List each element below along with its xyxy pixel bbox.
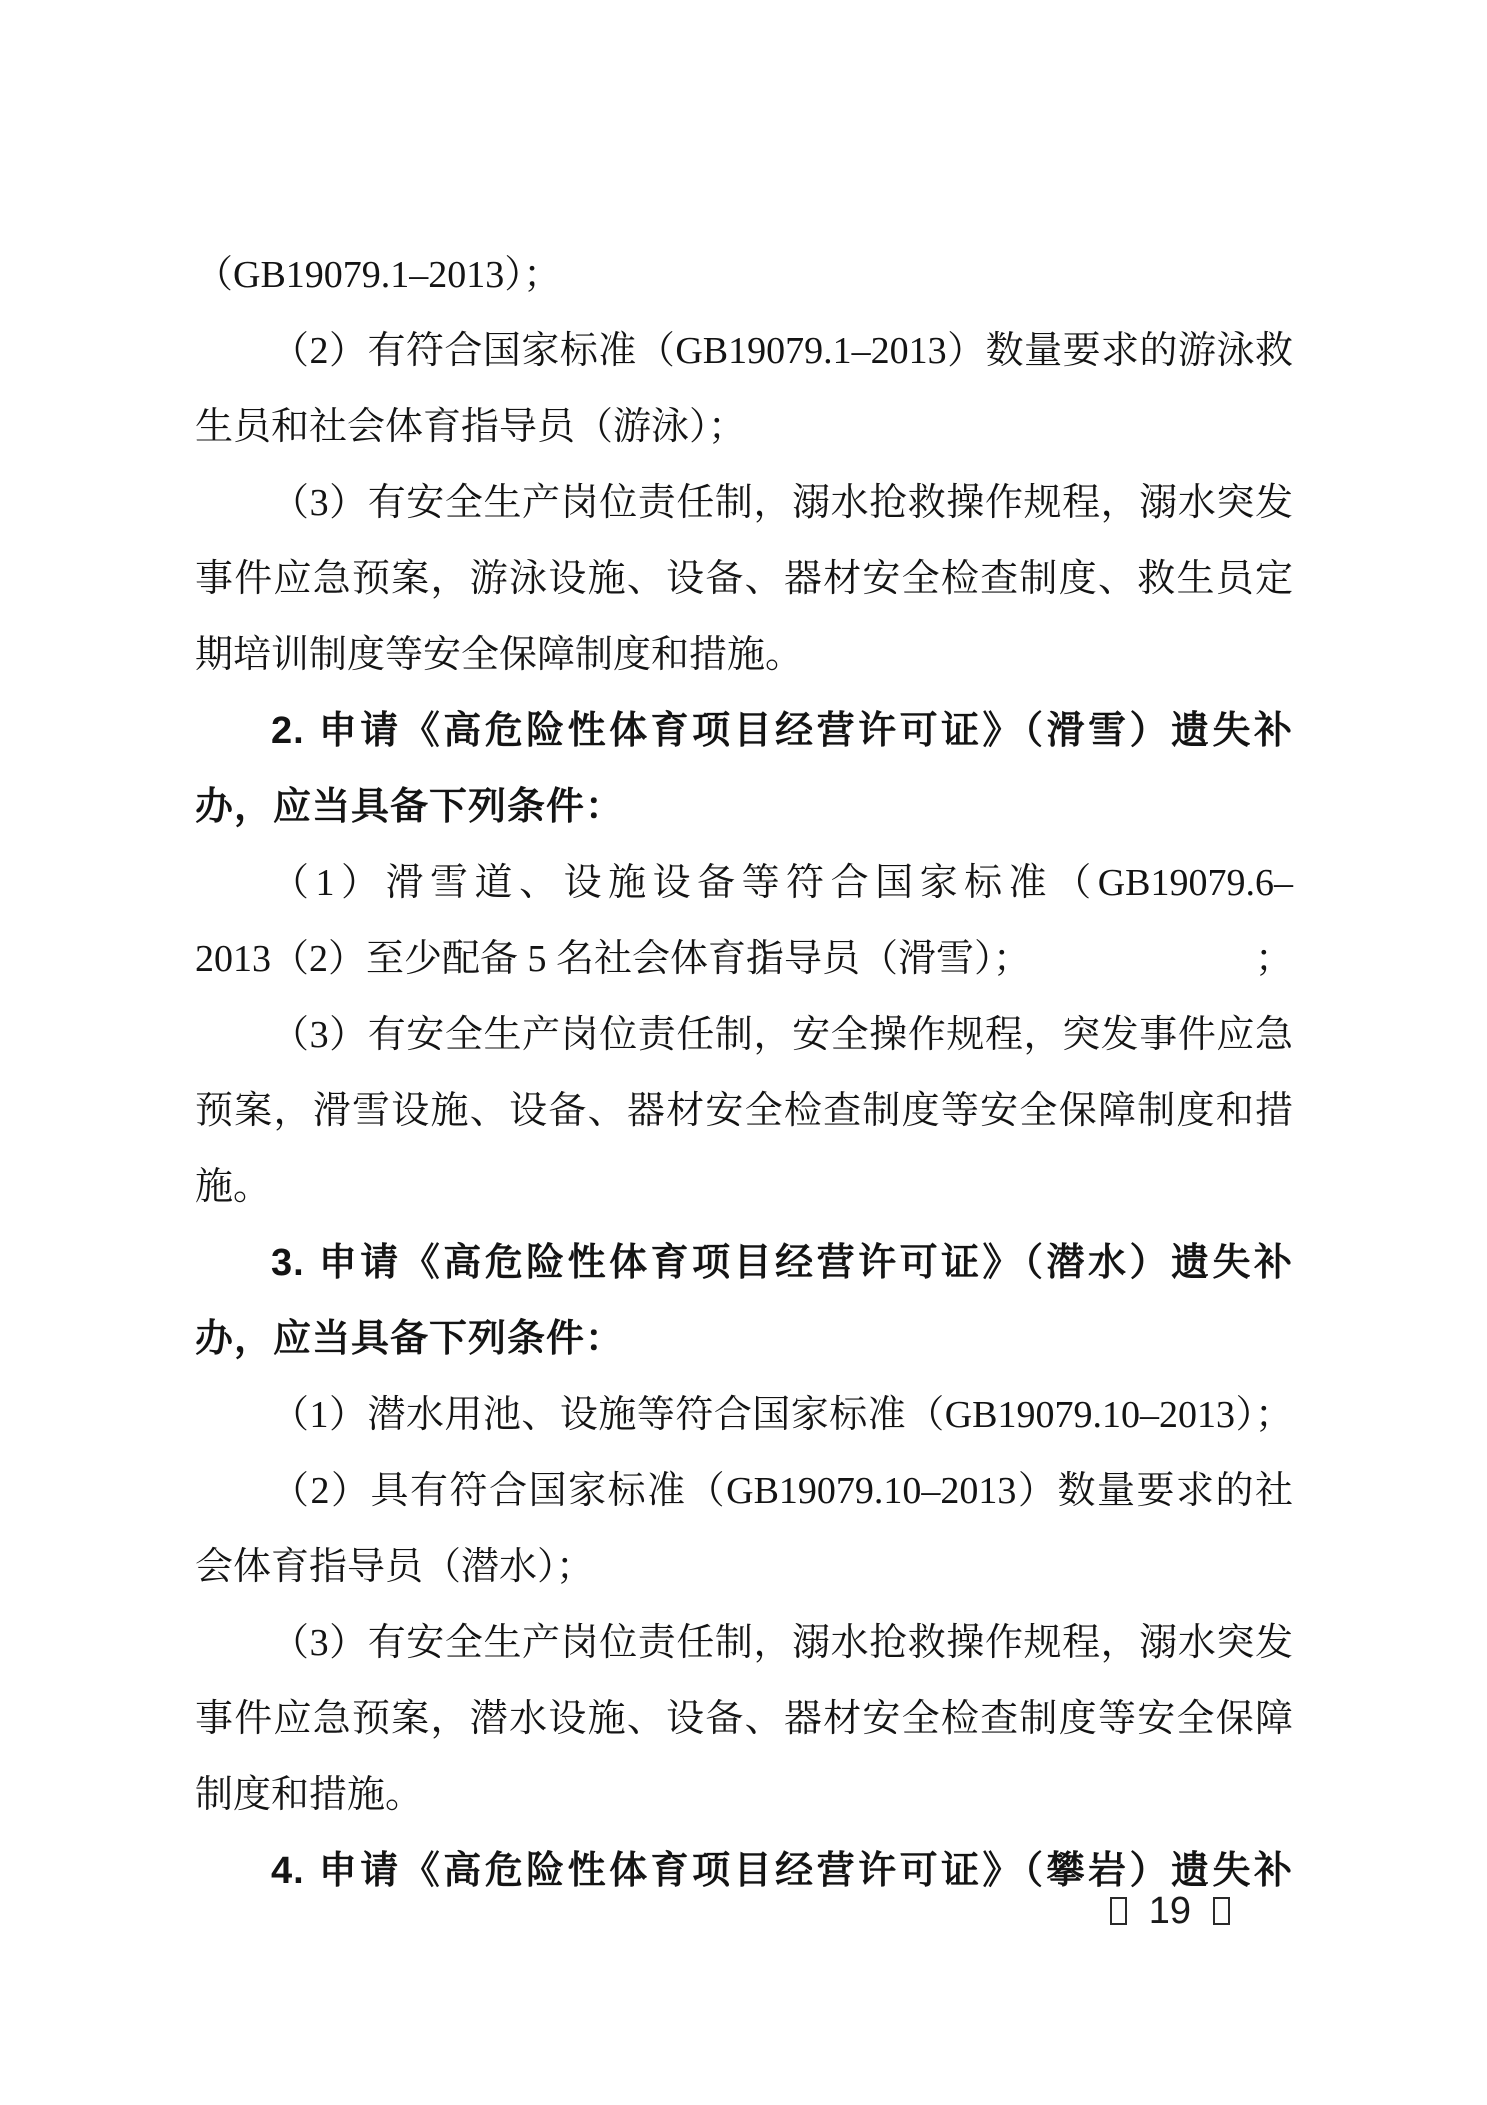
text-line: （3）有安全生产岗位责任制，溺水抢救操作规程，溺水突发 (195, 1605, 1293, 1681)
text-line: （2）具有符合国家标准（GB19079.10–2013）数量要求的社 (195, 1453, 1293, 1529)
text-line: 事件应急预案，游泳设施、设备、器材安全检查制度、救生员定 (195, 541, 1293, 617)
heading-line: 3. 申请《高危险性体育项目经营许可证》（潜水）遗失补 (195, 1225, 1293, 1301)
body-paragraph: （GB19079.1–2013）； (195, 237, 1293, 313)
page-footer: 19 (1110, 1894, 1230, 1928)
text-line: 期培训制度等安全保障制度和措施。 (195, 617, 1293, 693)
body-paragraph: （3）有安全生产岗位责任制，安全操作规程，突发事件应急预案，滑雪设施、设备、器材… (195, 997, 1293, 1225)
text-line: 预案，滑雪设施、设备、器材安全检查制度等安全保障制度和措 (195, 1073, 1293, 1149)
heading-line: 办，应当具备下列条件： (195, 1301, 1293, 1377)
text-line: 会体育指导员（潜水）； (195, 1529, 1293, 1605)
heading-line: 2. 申请《高危险性体育项目经营许可证》（滑雪）遗失补 (195, 693, 1293, 769)
document-page: （GB19079.1–2013）；（2）有符合国家标准（GB19079.1–20… (0, 0, 1487, 2105)
body-paragraph: （3）有安全生产岗位责任制，溺水抢救操作规程，溺水突发事件应急预案，潜水设施、设… (195, 1605, 1293, 1833)
text-line: （1）潜水用池、设施等符合国家标准（GB19079.10–2013）； (195, 1377, 1293, 1453)
text-line: （3）有安全生产岗位责任制，安全操作规程，突发事件应急 (195, 997, 1293, 1073)
body-paragraph: （1）潜水用池、设施等符合国家标准（GB19079.10–2013）； (195, 1377, 1293, 1453)
page-number: 19 (1149, 1894, 1191, 1928)
text-line: （1）滑雪道、设施设备等符合国家标准（GB19079.6–2013）； (195, 845, 1293, 921)
text-line: （2）有符合国家标准（GB19079.1–2013）数量要求的游泳救 (195, 313, 1293, 389)
heading-paragraph: 3. 申请《高危险性体育项目经营许可证》（潜水）遗失补办，应当具备下列条件： (195, 1225, 1293, 1377)
text-line: 制度和措施。 (195, 1757, 1293, 1833)
document-body: （GB19079.1–2013）；（2）有符合国家标准（GB19079.1–20… (195, 237, 1293, 1909)
text-line: （GB19079.1–2013）； (195, 237, 1293, 313)
text-line: 事件应急预案，潜水设施、设备、器材安全检查制度等安全保障 (195, 1681, 1293, 1757)
missing-glyph-box (1213, 1897, 1230, 1925)
body-paragraph: （1）滑雪道、设施设备等符合国家标准（GB19079.6–2013）； (195, 845, 1293, 921)
missing-glyph-box (1110, 1897, 1127, 1925)
text-line: （3）有安全生产岗位责任制，溺水抢救操作规程，溺水突发 (195, 465, 1293, 541)
body-paragraph: （2）具有符合国家标准（GB19079.10–2013）数量要求的社会体育指导员… (195, 1453, 1293, 1605)
text-line: 施。 (195, 1149, 1293, 1225)
heading-line: 办，应当具备下列条件： (195, 769, 1293, 845)
body-paragraph: （2）有符合国家标准（GB19079.1–2013）数量要求的游泳救生员和社会体… (195, 313, 1293, 465)
heading-paragraph: 2. 申请《高危险性体育项目经营许可证》（滑雪）遗失补办，应当具备下列条件： (195, 693, 1293, 845)
text-line: 生员和社会体育指导员（游泳）； (195, 389, 1293, 465)
body-paragraph: （3）有安全生产岗位责任制，溺水抢救操作规程，溺水突发事件应急预案，游泳设施、设… (195, 465, 1293, 693)
